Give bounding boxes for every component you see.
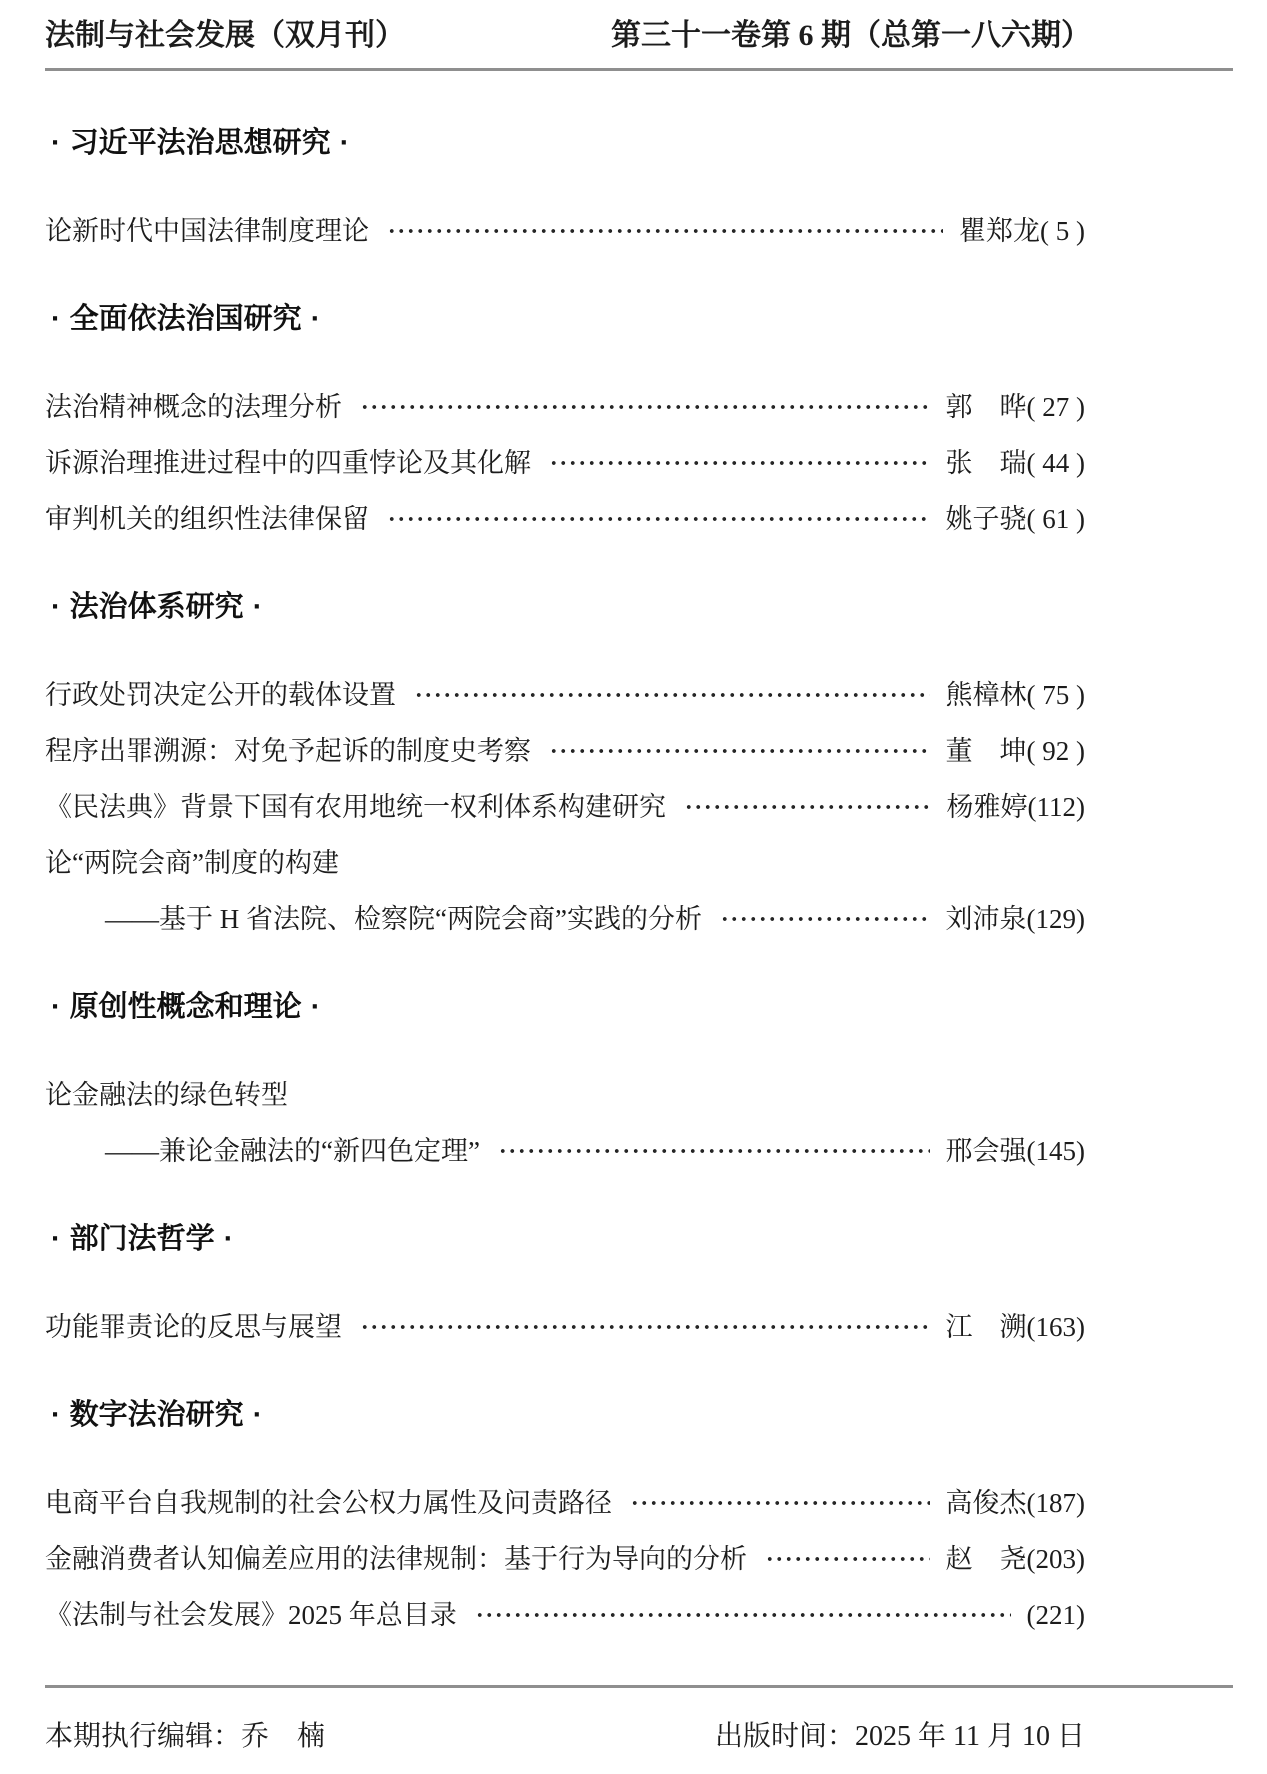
toc-section: ·部门法哲学·功能罪责论的反思与展望江 溯(163) xyxy=(45,1219,1085,1347)
toc-section: ·数字法治研究·电商平台自我规制的社会公权力属性及问责路径高俊杰(187)金融消… xyxy=(45,1395,1085,1635)
section-heading: ·全面依法治国研究· xyxy=(51,299,1085,339)
dot-leader xyxy=(630,1483,930,1523)
entry-title: 诉源治理推进过程中的四重悖论及其化解 xyxy=(45,443,531,483)
entry-title: 金融消费者认知偏差应用的法律规制：基于行为导向的分析 xyxy=(45,1539,747,1579)
toc-entry: 诉源治理推进过程中的四重悖论及其化解张 瑞( 44 ) xyxy=(45,443,1085,483)
entry-page-number: ( 92 ) xyxy=(1027,736,1085,766)
dot-leader xyxy=(720,899,930,939)
entry-author-page: 邢会强(145) xyxy=(946,1131,1085,1171)
entry-author-page: 熊樟林( 75 ) xyxy=(946,675,1085,715)
dot-leader xyxy=(475,1595,1011,1635)
page-header: 法制与社会发展（双月刊） 第三十一卷第 6 期（总第一八六期） xyxy=(45,14,1091,58)
heading-bullet: · xyxy=(51,299,61,339)
entry-title: ——兼论金融法的“新四色定理” xyxy=(45,1131,480,1171)
executive-editor: 本期执行编辑：乔 楠 xyxy=(45,1717,325,1757)
publish-label: 出版时间： xyxy=(715,1721,855,1752)
heading-bullet: · xyxy=(51,123,61,163)
entry-author: 刘沛泉 xyxy=(946,904,1027,934)
entry-author: 张 瑞 xyxy=(946,448,1027,478)
section-heading: ·习近平法治思想研究· xyxy=(51,123,1085,163)
toc-section: ·习近平法治思想研究·论新时代中国法律制度理论瞿郑龙( 5 ) xyxy=(45,123,1085,251)
toc-entry: 电商平台自我规制的社会公权力属性及问责路径高俊杰(187) xyxy=(45,1483,1085,1523)
dot-leader xyxy=(549,443,930,483)
publish-value: 2025 年 11 月 10 日 xyxy=(855,1721,1085,1752)
dot-leader xyxy=(387,211,943,251)
entry-page-number: (129) xyxy=(1027,904,1085,934)
entry-page-number: (163) xyxy=(1027,1312,1085,1342)
journal-title: 法制与社会发展（双月刊） xyxy=(45,14,405,58)
entry-author-page: 瞿郑龙( 5 ) xyxy=(959,211,1085,251)
toc-entry: ——基于 H 省法院、检察院“两院会商”实践的分析刘沛泉(129) xyxy=(45,899,1085,939)
heading-bullet: · xyxy=(253,587,263,627)
heading-bullet: · xyxy=(311,299,321,339)
toc-entry: 程序出罪溯源：对免予起诉的制度史考察董 坤( 92 ) xyxy=(45,731,1085,771)
entry-author: 董 坤 xyxy=(946,736,1027,766)
toc-entry: 法治精神概念的法理分析郭 晔( 27 ) xyxy=(45,387,1085,427)
issue-info: 第三十一卷第 6 期（总第一八六期） xyxy=(611,14,1091,58)
entry-page-number: ( 61 ) xyxy=(1027,504,1085,534)
editor-name: 乔 楠 xyxy=(241,1721,325,1752)
entry-author-page: 刘沛泉(129) xyxy=(946,899,1085,939)
heading-bullet: · xyxy=(253,1395,263,1435)
entry-author-page: 杨雅婷(112) xyxy=(947,787,1085,827)
toc: ·习近平法治思想研究·论新时代中国法律制度理论瞿郑龙( 5 )·全面依法治国研究… xyxy=(45,123,1085,1635)
toc-entry: 审判机关的组织性法律保留姚子骁( 61 ) xyxy=(45,499,1085,539)
entry-author-page: 高俊杰(187) xyxy=(946,1483,1085,1523)
entry-title: 论“两院会商”制度的构建 xyxy=(45,843,339,883)
entry-author-page: 赵 尧(203) xyxy=(946,1539,1085,1579)
entry-author: 江 溯 xyxy=(946,1312,1027,1342)
entry-author: 赵 尧 xyxy=(946,1544,1027,1574)
entry-title: 法治精神概念的法理分析 xyxy=(45,387,342,427)
heading-bullet: · xyxy=(51,987,61,1027)
section-heading: ·法治体系研究· xyxy=(51,587,1085,627)
heading-bullet: · xyxy=(51,587,61,627)
section-heading: ·部门法哲学· xyxy=(51,1219,1085,1259)
dot-leader xyxy=(387,499,930,539)
section-heading-label: 习近平法治思想研究 xyxy=(70,123,331,163)
editor-label: 本期执行编辑： xyxy=(45,1721,241,1752)
dot-leader xyxy=(765,1539,930,1579)
entry-page-number: (187) xyxy=(1027,1488,1085,1518)
dot-leader xyxy=(549,731,930,771)
entry-author: 高俊杰 xyxy=(946,1488,1027,1518)
page-footer: 本期执行编辑：乔 楠 出版时间：2025 年 11 月 10 日 xyxy=(45,1717,1085,1757)
top-divider xyxy=(45,68,1233,71)
entry-author: 邢会强 xyxy=(946,1136,1027,1166)
entry-author: 瞿郑龙 xyxy=(959,216,1040,246)
toc-entry: 论金融法的绿色转型 xyxy=(45,1075,1085,1115)
entry-page-number: (112) xyxy=(1028,792,1085,822)
section-heading-label: 部门法哲学 xyxy=(70,1219,215,1259)
entry-title: 论金融法的绿色转型 xyxy=(45,1075,288,1115)
heading-bullet: · xyxy=(51,1395,61,1435)
toc-section: ·法治体系研究·行政处罚决定公开的载体设置熊樟林( 75 )程序出罪溯源：对免予… xyxy=(45,587,1085,939)
toc-entry: 行政处罚决定公开的载体设置熊樟林( 75 ) xyxy=(45,675,1085,715)
entry-author-page: 姚子骁( 61 ) xyxy=(946,499,1085,539)
entry-title: 《法制与社会发展》2025 年总目录 xyxy=(45,1595,457,1635)
dot-leader xyxy=(360,387,930,427)
entry-title: 《民法典》背景下国有农用地统一权利体系构建研究 xyxy=(45,787,666,827)
entry-page-number: (145) xyxy=(1027,1136,1085,1166)
toc-entry: 功能罪责论的反思与展望江 溯(163) xyxy=(45,1307,1085,1347)
entry-title: 功能罪责论的反思与展望 xyxy=(45,1307,342,1347)
toc-section: ·原创性概念和理论·论金融法的绿色转型——兼论金融法的“新四色定理”邢会强(14… xyxy=(45,987,1085,1171)
heading-bullet: · xyxy=(224,1219,234,1259)
journal-toc-page: 法制与社会发展（双月刊） 第三十一卷第 6 期（总第一八六期） ·习近平法治思想… xyxy=(0,0,1267,1774)
heading-bullet: · xyxy=(311,987,321,1027)
toc-entry: ——兼论金融法的“新四色定理”邢会强(145) xyxy=(45,1131,1085,1171)
entry-title: 行政处罚决定公开的载体设置 xyxy=(45,675,396,715)
entry-page-number: (203) xyxy=(1027,1544,1085,1574)
toc-entry: 《法制与社会发展》2025 年总目录(221) xyxy=(45,1595,1085,1635)
section-heading-label: 全面依法治国研究 xyxy=(70,299,302,339)
dot-leader xyxy=(684,787,931,827)
entry-title: 电商平台自我规制的社会公权力属性及问责路径 xyxy=(45,1483,612,1523)
entry-author-page: 张 瑞( 44 ) xyxy=(946,443,1085,483)
toc-section: ·全面依法治国研究·法治精神概念的法理分析郭 晔( 27 )诉源治理推进过程中的… xyxy=(45,299,1085,539)
entry-author-page: (221) xyxy=(1027,1595,1085,1635)
entry-page-number: ( 75 ) xyxy=(1027,680,1085,710)
heading-bullet: · xyxy=(51,1219,61,1259)
entry-title: ——基于 H 省法院、检察院“两院会商”实践的分析 xyxy=(45,899,702,939)
heading-bullet: · xyxy=(340,123,350,163)
publish-date: 出版时间：2025 年 11 月 10 日 xyxy=(715,1717,1085,1757)
section-heading-label: 原创性概念和理论 xyxy=(70,987,302,1027)
entry-author: 杨雅婷 xyxy=(947,792,1028,822)
dot-leader xyxy=(498,1131,930,1171)
dot-leader xyxy=(360,1307,930,1347)
entry-title: 审判机关的组织性法律保留 xyxy=(45,499,369,539)
entry-page-number: (221) xyxy=(1027,1600,1085,1630)
entry-author: 熊樟林 xyxy=(946,680,1027,710)
section-heading: ·原创性概念和理论· xyxy=(51,987,1085,1027)
entry-author: 郭 晔 xyxy=(946,392,1027,422)
entry-title: 论新时代中国法律制度理论 xyxy=(45,211,369,251)
toc-entry: 《民法典》背景下国有农用地统一权利体系构建研究杨雅婷(112) xyxy=(45,787,1085,827)
toc-entry: 论新时代中国法律制度理论瞿郑龙( 5 ) xyxy=(45,211,1085,251)
toc-entry: 金融消费者认知偏差应用的法律规制：基于行为导向的分析赵 尧(203) xyxy=(45,1539,1085,1579)
entry-author-page: 董 坤( 92 ) xyxy=(946,731,1085,771)
entry-page-number: ( 27 ) xyxy=(1027,392,1085,422)
section-heading-label: 数字法治研究 xyxy=(70,1395,244,1435)
entry-author: 姚子骁 xyxy=(946,504,1027,534)
bottom-divider xyxy=(45,1685,1233,1688)
entry-page-number: ( 44 ) xyxy=(1027,448,1085,478)
entry-author-page: 郭 晔( 27 ) xyxy=(946,387,1085,427)
dot-leader xyxy=(414,675,930,715)
entry-page-number: ( 5 ) xyxy=(1040,216,1085,246)
section-heading-label: 法治体系研究 xyxy=(70,587,244,627)
entry-author-page: 江 溯(163) xyxy=(946,1307,1085,1347)
entry-title: 程序出罪溯源：对免予起诉的制度史考察 xyxy=(45,731,531,771)
section-heading: ·数字法治研究· xyxy=(51,1395,1085,1435)
toc-entry: 论“两院会商”制度的构建 xyxy=(45,843,1085,883)
